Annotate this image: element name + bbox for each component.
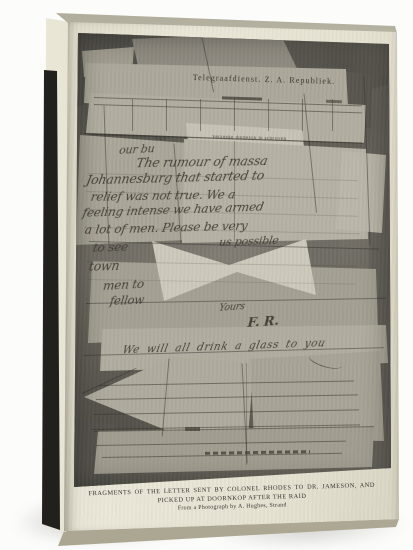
form-rule — [94, 409, 359, 415]
fold-line — [246, 363, 247, 465]
handwriting-line: men to — [102, 277, 145, 293]
handwriting-line: We will all drink a glass to you — [121, 337, 326, 356]
illegible-print — [185, 427, 200, 431]
form-rule — [166, 99, 167, 131]
letter-fragment — [74, 33, 392, 488]
tear-seam — [84, 347, 384, 356]
form-rule — [90, 134, 362, 144]
letter-fragment — [74, 33, 392, 488]
print-front-face: Telegraafdienst. Z. A. Republiek. VAN Ve… — [64, 22, 400, 532]
canvas-print-product-photo: Telegraafdienst. Z. A. Republiek. VAN Ve… — [0, 0, 413, 550]
letter-fragment — [74, 33, 392, 488]
form-rule — [94, 104, 362, 113]
form-rule — [86, 191, 358, 199]
letter-fragment — [74, 33, 392, 488]
photograph-of-letter-fragments: Telegraafdienst. Z. A. Republiek. VAN Ve… — [74, 33, 392, 488]
caption: FRAGMENTS OF THE LETTER SENT BY COLONEL … — [70, 481, 395, 515]
telegram-form-van-label: VAN — [154, 136, 167, 142]
handwriting-line: to see — [92, 240, 129, 255]
handwriting-line: a lot of men. Please be very — [84, 219, 249, 237]
handwriting-line: us possible — [218, 234, 279, 249]
letter-fragment — [74, 33, 392, 488]
letter-fragment — [74, 33, 392, 488]
pen-flourish — [307, 346, 345, 374]
telegram-form-header: Telegraafdienst. Z. A. Republiek. — [174, 72, 354, 86]
form-rule — [99, 381, 354, 386]
signature-initials: F. R. — [247, 314, 279, 331]
tear-seam — [174, 143, 182, 243]
form-rule — [268, 99, 269, 131]
form-rule — [96, 441, 346, 446]
dark-patch — [74, 33, 392, 488]
letter-fragment — [74, 33, 392, 488]
letter-fragment — [74, 33, 392, 488]
form-rule — [84, 227, 360, 234]
handwriting-line: relief was not true. We a — [90, 187, 237, 204]
tear-seam — [304, 93, 318, 212]
tear-seam — [94, 426, 374, 432]
form-rule — [84, 209, 358, 217]
form-rule — [88, 173, 358, 181]
dark-patch — [74, 33, 392, 488]
illegible-print — [222, 96, 262, 100]
handwriting-line: Johannesburg that started to — [85, 167, 265, 187]
tear-seam — [104, 105, 110, 245]
handwriting-line: fellow — [109, 293, 145, 308]
letter-fragment — [74, 33, 392, 488]
form-rule — [102, 453, 342, 458]
letter-fragment — [74, 33, 392, 488]
letter-fragment — [74, 33, 392, 488]
form-rule — [88, 279, 356, 285]
form-rule — [200, 99, 201, 131]
form-rule — [234, 99, 235, 131]
form-rule — [132, 99, 133, 131]
letter-fragment — [74, 33, 392, 488]
dark-patch — [74, 33, 392, 488]
handwriting-line: The rumour of massa — [135, 153, 269, 170]
tear-seam — [202, 37, 215, 92]
tear-seam — [162, 358, 170, 436]
illegible-mark — [374, 469, 392, 475]
telegram-form-small-print: Verzoeke duidelijk te schrijven — [212, 135, 287, 142]
form-rule — [86, 261, 356, 267]
illegible-print — [205, 450, 310, 454]
tear-seam — [242, 363, 248, 463]
tear-seam — [89, 241, 379, 250]
form-rule — [92, 424, 360, 430]
fold-line — [234, 141, 235, 241]
tear-seam — [84, 133, 364, 144]
tear-seam — [364, 75, 371, 245]
signature-scrawl: Yours — [218, 301, 246, 314]
dark-patch — [74, 33, 392, 488]
handwriting-line: our bu — [118, 142, 155, 157]
form-rule — [332, 99, 333, 131]
handwriting-line: town — [88, 258, 121, 274]
letter-fragment — [74, 33, 392, 488]
form-rule — [302, 99, 303, 131]
letter-fragment — [74, 33, 392, 488]
tear-seam — [86, 298, 386, 304]
illegible-print — [326, 100, 342, 104]
handwriting-line: feeling intense we have armed — [82, 200, 265, 220]
form-rule — [94, 97, 362, 106]
dark-patch — [74, 33, 392, 488]
form-rule — [96, 394, 358, 400]
tear-seam — [82, 368, 137, 394]
dark-patch — [74, 33, 392, 488]
